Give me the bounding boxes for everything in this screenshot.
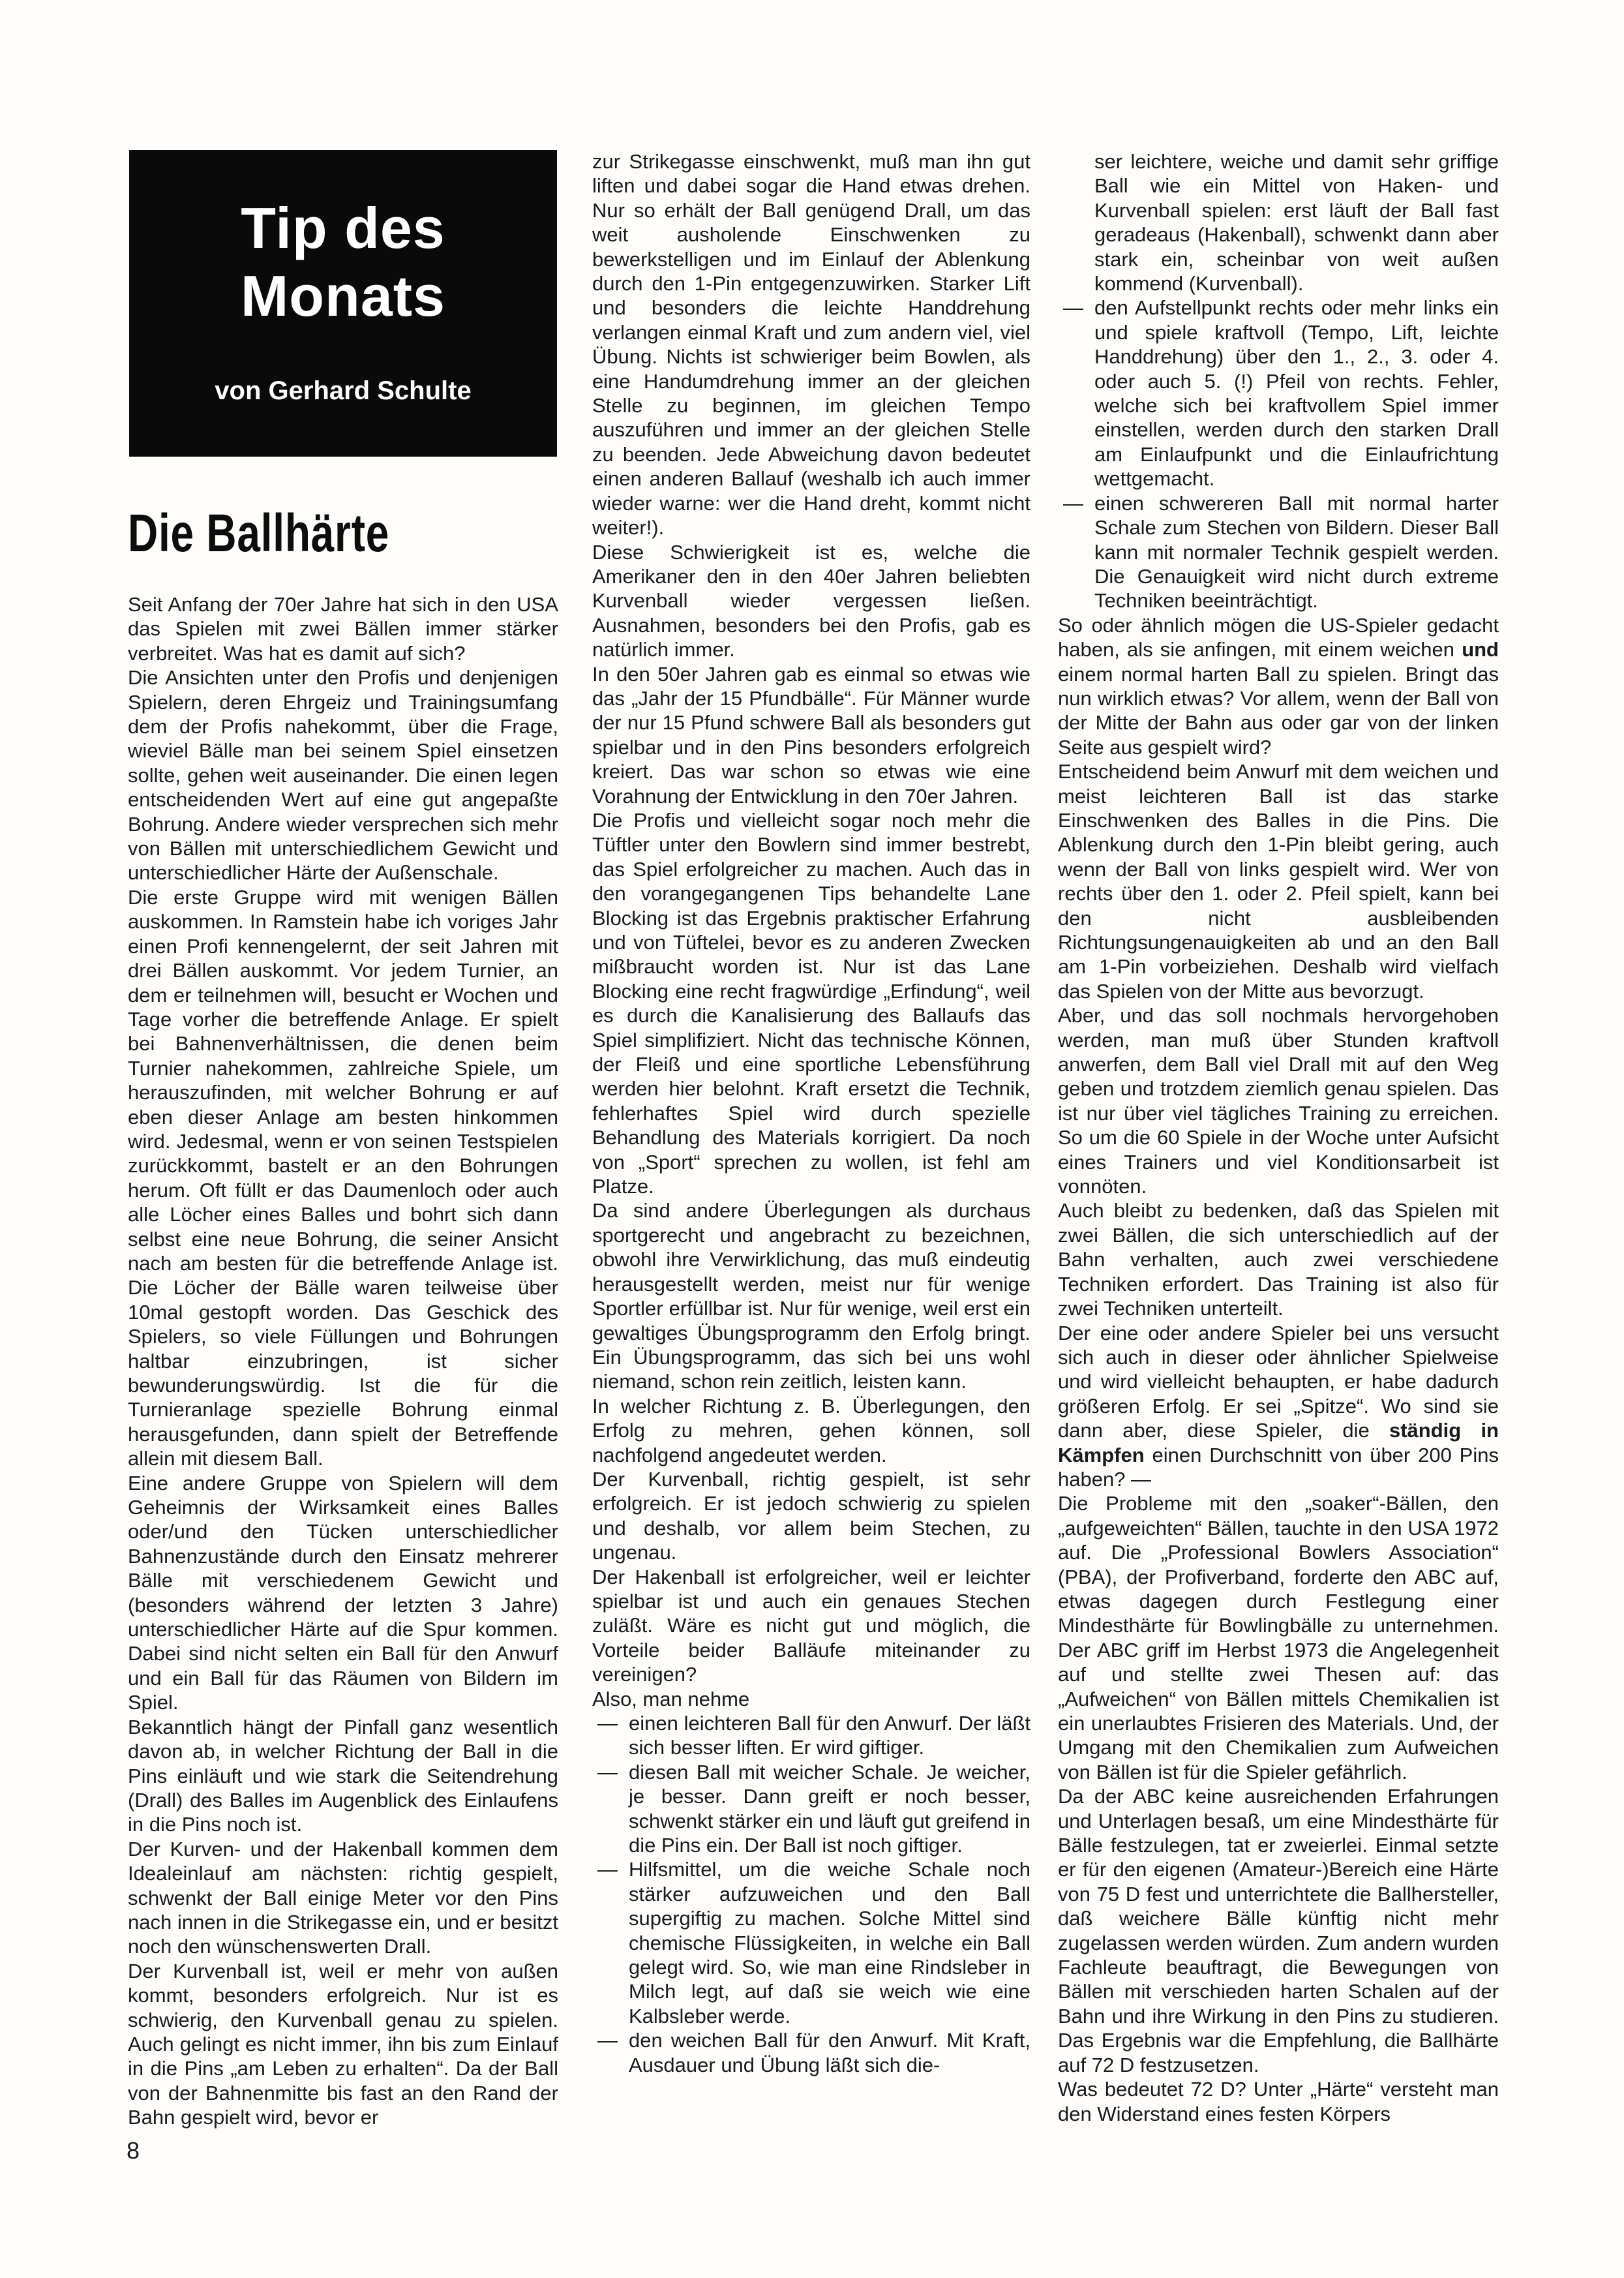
paragraph: Die Profis und vielleicht sogar noch meh… (592, 808, 1030, 1199)
column-title-box: Tip des Monats von Gerhard Schulte (129, 150, 557, 457)
article-column-left: Seit Anfang der 70er Jahre hat sich in d… (128, 592, 558, 2130)
paragraph: Der Kurven- und der Hakenball kommen dem… (128, 1837, 558, 1959)
paragraph: So oder ähnlich mögen die US-Spieler ged… (1058, 613, 1499, 759)
paragraph: Diese Schwierigkeit ist es, welche die A… (592, 540, 1030, 662)
dash-bullet-icon: — (597, 1760, 618, 1784)
article-column-right: ser leichtere, weiche und damit sehr gri… (1058, 149, 1499, 2126)
text-run: So oder ähnlich mögen die US-Spieler ged… (1058, 614, 1499, 661)
dash-bullet-icon: — (1063, 296, 1083, 320)
column-title-line-2: Monats (129, 262, 557, 330)
paragraph: Was bedeutet 72 D? Unter „Härte“ versteh… (1058, 2077, 1499, 2126)
paragraph: Eine andere Gruppe von Spielern will dem… (128, 1471, 558, 1715)
list-item-text: einen leichteren Ball für den Anwurf. De… (629, 1712, 1030, 1759)
page-number: 8 (127, 2137, 140, 2164)
list-item-text: einen schwereren Ball mit normal harter … (1094, 492, 1499, 613)
paragraph: Auch bleibt zu bedenken, daß das Spielen… (1058, 1198, 1499, 1320)
list-item: — diesen Ball mit weicher Schale. Je wei… (592, 1760, 1030, 1858)
list-item: — einen leichteren Ball für den Anwurf. … (592, 1711, 1030, 1760)
paragraph: Der Kurvenball, richtig gespielt, ist se… (592, 1467, 1030, 1565)
column-title-line-1: Tip des (129, 194, 557, 262)
dash-bullet-icon: — (597, 1711, 618, 1735)
paragraph: Bekanntlich hängt der Pinfall ganz wesen… (128, 1715, 558, 1837)
list-item-text: ser leichtere, weiche und damit sehr gri… (1094, 150, 1499, 295)
dash-bullet-icon: — (597, 2028, 618, 2052)
paragraph: Da der ABC keine ausreichenden Erfahrung… (1058, 1784, 1499, 2077)
paragraph: Der eine oder andere Spieler bei uns ver… (1058, 1321, 1499, 1492)
paragraph: In welcher Richtung z. B. Überlegungen, … (592, 1394, 1030, 1467)
paragraph: In den 50er Jahren gab es einmal so etwa… (592, 662, 1030, 808)
paragraph: Die Probleme mit den „soaker“-Bällen, de… (1058, 1491, 1499, 1784)
paragraph: Der Hakenball ist erfolgreicher, weil er… (592, 1565, 1030, 1687)
recommendation-list-continued: ser leichtere, weiche und damit sehr gri… (1058, 149, 1499, 613)
list-item: — einen schwereren Ball mit normal harte… (1058, 491, 1499, 613)
list-item-continued: ser leichtere, weiche und damit sehr gri… (1058, 149, 1499, 296)
paragraph: Also, man nehme (592, 1687, 1030, 1711)
paragraph: Da sind andere Überlegungen als durchaus… (592, 1198, 1030, 1393)
recommendation-list: — einen leichteren Ball für den Anwurf. … (592, 1711, 1030, 2077)
list-item: — den weichen Ball für den Anwurf. Mit K… (592, 2028, 1030, 2077)
list-item-text: den weichen Ball für den Anwurf. Mit Kra… (629, 2029, 1030, 2076)
article-headline: Die Ballhärte (128, 502, 389, 565)
paragraph: Der Kurvenball ist, weil er mehr von auß… (128, 1959, 558, 2130)
emphasis: und (1462, 638, 1499, 661)
paragraph: Seit Anfang der 70er Jahre hat sich in d… (128, 592, 558, 665)
column-title: Tip des Monats (129, 194, 557, 330)
list-item-text: den Aufstellpunkt rechts oder mehr links… (1094, 296, 1499, 490)
list-item: — den Aufstellpunkt rechts oder mehr lin… (1058, 296, 1499, 491)
list-item-text: Hilfsmittel, um die weiche Schale noch s… (629, 1858, 1030, 2027)
paragraph: zur Strikegasse einschwenkt, muß man ihn… (592, 149, 1030, 540)
list-item: — Hilfsmittel, um die weiche Schale noch… (592, 1857, 1030, 2028)
paragraph: Die erste Gruppe wird mit wenigen Bällen… (128, 885, 558, 1471)
article-column-middle: zur Strikegasse einschwenkt, muß man ihn… (592, 149, 1030, 2077)
dash-bullet-icon: — (1063, 491, 1083, 515)
author-byline: von Gerhard Schulte (129, 375, 557, 406)
list-item-text: diesen Ball mit weicher Schale. Je weich… (629, 1761, 1030, 1857)
paragraph: Entscheidend beim Anwurf mit dem weichen… (1058, 759, 1499, 1003)
text-run: einem normal harten Ball zu spielen. Bri… (1058, 663, 1499, 759)
paragraph: Aber, und das soll nochmals hervorgehobe… (1058, 1003, 1499, 1198)
dash-bullet-icon: — (597, 1857, 618, 1881)
paragraph: Die Ansichten unter den Profis und denje… (128, 665, 558, 885)
